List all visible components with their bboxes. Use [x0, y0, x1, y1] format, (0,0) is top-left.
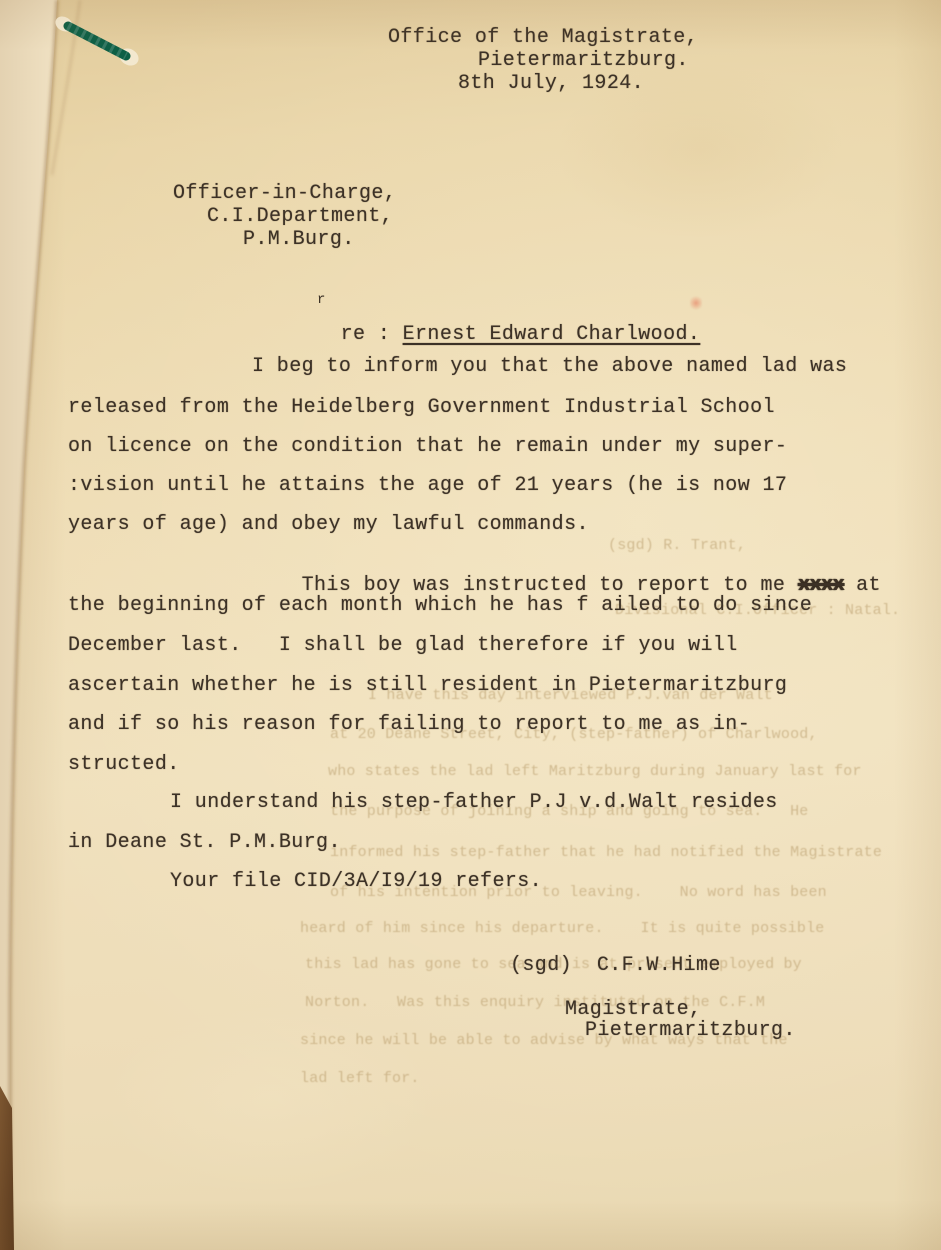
desk-corner [0, 1086, 14, 1250]
page-edge-decoration [0, 0, 941, 1250]
document-page: (sgd) R. Trant, Divisional C.I.Officer :… [0, 0, 941, 1250]
